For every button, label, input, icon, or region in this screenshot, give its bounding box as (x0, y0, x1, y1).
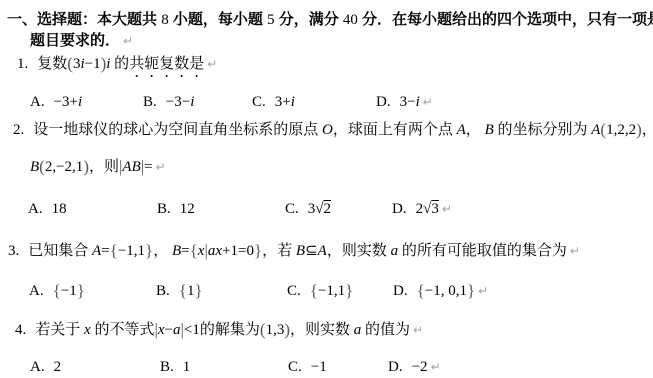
text-segment: A (92, 243, 101, 259)
text-segment: AB (122, 159, 140, 175)
question-4-number: 4. (15, 320, 26, 340)
sqrt-radicand: 2 (324, 201, 332, 217)
text-segment: −1 (311, 359, 327, 375)
text-segment: { (417, 281, 425, 300)
text-segment: { (190, 241, 198, 260)
text-segment: x (84, 322, 91, 338)
text-segment: 的 (110, 56, 129, 72)
text-segment: ，则实数 (290, 322, 354, 338)
text-segment: ，球面上有两个点 (333, 122, 457, 138)
text-segment: A (457, 122, 466, 138)
option-label: D. (376, 94, 391, 110)
question-3-option-c: C.{−1,1} (287, 281, 353, 301)
question-2-option-b: B.12 (157, 199, 195, 219)
text-segment: 1 (183, 359, 191, 375)
text-segment: B (30, 159, 39, 175)
text-segment: 若关于 (35, 322, 84, 338)
text-segment: 的值为 (361, 322, 410, 338)
text-segment: i (190, 94, 194, 110)
text-segment: } (77, 281, 85, 300)
question-2-options: A.18 B.12 C.3√2 D.2√3↵ (0, 199, 653, 223)
text-segment: a (173, 322, 181, 338)
option-label: C. (287, 283, 301, 299)
text-segment: 的所有可能取值的集合为 (398, 243, 567, 259)
text-segment: +1=0 (222, 243, 254, 259)
text-segment: −3− (166, 94, 190, 110)
question-1-option-c: C.3+i (252, 92, 295, 112)
text-segment: x (158, 322, 165, 338)
question-1-option-b: B.−3−i (143, 92, 194, 112)
text-segment: 题目要求的． (30, 32, 120, 49)
text-segment: 2 (416, 201, 424, 217)
paragraph-mark-icon: ↵ (207, 57, 217, 71)
text-segment: 1,3 (266, 322, 285, 338)
emphasized-text: 共轭复数是 (129, 56, 204, 72)
text-segment: O (322, 122, 333, 138)
text-segment: { (310, 281, 318, 300)
text-segment: 一、 (7, 11, 37, 28)
text-segment: A (318, 243, 327, 259)
text-segment: = (101, 243, 109, 259)
text-segment: −1,1 (318, 283, 345, 299)
text-segment: 已知集合 (28, 243, 92, 259)
option-label: C. (252, 94, 266, 110)
text-segment: 1,2,2 (606, 122, 636, 138)
text-segment: ，则 (89, 159, 119, 175)
question-3-options: A.{−1} B.{1} C.{−1,1} D.{−1, 0,1}↵ (0, 281, 653, 305)
question-4-option-a: A.2 (30, 357, 61, 377)
sqrt-expression: √3 (423, 201, 439, 217)
text-segment: { (110, 241, 118, 260)
option-label: A. (28, 201, 43, 217)
text-segment: 分，满分 (275, 11, 343, 28)
question-2-option-d: D.2√3↵ (392, 199, 452, 219)
text-segment: 复数 (37, 56, 67, 72)
text-segment: 的坐标分别为 (494, 122, 592, 138)
paragraph-mark-icon: ↵ (478, 284, 488, 298)
paragraph-mark-icon: ↵ (156, 160, 166, 174)
text-segment: 小题，每小题 (169, 11, 267, 28)
text-segment: i (416, 94, 420, 110)
sqrt-radicand: 3 (431, 201, 439, 217)
question-3-number: 3. (8, 241, 19, 261)
question-4-stem: 4.若关于 x 的不等式|x−a|<1的解集为(1,3)，则实数 a 的值为↵ (15, 320, 423, 340)
text-segment: B (172, 243, 181, 259)
text-segment: 18 (52, 201, 67, 217)
text-segment: ， (153, 243, 172, 259)
text-segment: −1, 0,1 (425, 283, 467, 299)
text-segment: a (391, 243, 399, 259)
option-label: A. (30, 359, 45, 375)
question-3-text: 已知集合 A={−1,1}， B={x|ax+1=0}，若 B⊆A，则实数 a … (28, 243, 580, 259)
text-segment: = (181, 243, 189, 259)
text-segment: } (254, 241, 262, 260)
text-segment: 12 (180, 201, 195, 217)
option-label: B. (156, 283, 170, 299)
text-segment: ⊆ (305, 243, 318, 259)
question-2-stem-line-1: 2.设一地球仪的球心为空间直角坐标系的原点 O，球面上有两个点 A， B 的坐标… (13, 120, 653, 140)
option-label: D. (393, 283, 408, 299)
text-segment: i (291, 94, 295, 110)
paragraph-mark-icon: ↵ (570, 244, 580, 258)
text-segment: ax (208, 243, 222, 259)
question-1-options: A.−3+i B.−3−i C.3+i D.3−i↵ (0, 92, 653, 116)
text-segment: <1 (184, 322, 200, 338)
text-segment: 的解集为 (200, 322, 260, 338)
text-segment: 2 (54, 359, 62, 375)
text-segment: −3+ (54, 94, 78, 110)
text-segment: − (165, 322, 173, 338)
question-4-option-c: C.−1 (288, 357, 327, 377)
text-segment: 8 (161, 12, 169, 28)
text-segment: 分．在每小题给出的四个选项中，只有一项是符合 (358, 11, 653, 28)
text-segment: = (144, 159, 152, 175)
question-3-option-a: A.{−1} (29, 281, 85, 301)
text-segment: } (194, 281, 202, 300)
question-2-text-line-1: 设一地球仪的球心为空间直角坐标系的原点 O，球面上有两个点 A， B 的坐标分别… (33, 122, 653, 138)
question-1-number: 1. (17, 54, 28, 74)
text-segment: −2 (412, 359, 428, 375)
text-segment: 40 (343, 12, 358, 28)
text-segment: 2,−2,1 (45, 159, 83, 175)
text-segment: 的不等式 (91, 322, 155, 338)
option-label: C. (288, 359, 302, 375)
question-1-text: 复数(3i−1)i 的共轭复数是↵ (37, 56, 217, 72)
paragraph-mark-icon: ↵ (123, 34, 133, 48)
text-segment: { (53, 281, 61, 300)
option-label: D. (388, 359, 403, 375)
text-segment: −1 (85, 56, 101, 72)
question-1-stem: 1.复数(3i−1)i 的共轭复数是↵ (17, 54, 217, 81)
paragraph-mark-icon: ↵ (442, 202, 452, 216)
question-2-option-a: A.18 (28, 199, 67, 219)
paragraph-mark-icon: ↵ (431, 360, 441, 374)
question-3-option-d: D.{−1, 0,1}↵ (393, 281, 488, 301)
question-2-stem-line-2: B(2,−2,1)，则|AB|=↵ (30, 157, 166, 177)
option-label: C. (285, 201, 299, 217)
question-4-option-b: B.1 (160, 357, 190, 377)
section-header-line-2: 题目要求的．↵ (30, 31, 133, 51)
option-label: B. (143, 94, 157, 110)
section-header-line-1: 一、选择题：本大题共 8 小题，每小题 5 分，满分 40 分．在每小题给出的四… (7, 10, 653, 30)
question-4-options: A.2 B.1 C.−1 D.−2↵ (0, 357, 653, 378)
text-segment: 5 (267, 12, 275, 28)
text-segment: ， (466, 122, 485, 138)
option-label: B. (160, 359, 174, 375)
text-segment: i (78, 94, 82, 110)
text-segment: { (179, 281, 187, 300)
question-3-stem: 3.已知集合 A={−1,1}， B={x|ax+1=0}，若 B⊆A，则实数 … (8, 241, 580, 261)
text-segment: 3+ (275, 94, 291, 110)
paragraph-mark-icon: ↵ (423, 95, 433, 109)
option-label: A. (29, 283, 44, 299)
text-segment: −1 (61, 283, 77, 299)
text-segment: } (345, 281, 353, 300)
question-2-number: 2. (13, 120, 24, 140)
text-segment: −1,1 (118, 243, 145, 259)
text-segment: } (145, 241, 153, 260)
question-4-text: 若关于 x 的不等式|x−a|<1的解集为(1,3)，则实数 a 的值为↵ (35, 322, 423, 338)
question-1-option-d: D.3−i↵ (376, 92, 433, 112)
option-label: B. (157, 201, 171, 217)
text-segment: 设一地球仪的球心为空间直角坐标系的原点 (33, 122, 322, 138)
question-3-option-b: B.{1} (156, 281, 203, 301)
text-segment: ，则实数 (327, 243, 391, 259)
text-segment: 3− (400, 94, 416, 110)
text-segment: B (296, 243, 305, 259)
exam-document: 一、选择题：本大题共 8 小题，每小题 5 分，满分 40 分．在每小题给出的四… (0, 0, 653, 378)
question-4-option-d: D.−2↵ (388, 357, 441, 377)
question-1-option-a: A.−3+i (30, 92, 82, 112)
question-2-option-c: C.3√2 (285, 199, 331, 219)
text-segment: B (485, 122, 494, 138)
option-label: D. (392, 201, 407, 217)
text-segment: } (467, 281, 475, 300)
option-label: A. (30, 94, 45, 110)
text-segment: 选择题：本大题共 (37, 11, 161, 28)
text-segment: ，若 (262, 243, 296, 259)
sqrt-expression: √2 (315, 201, 331, 217)
text-segment: ， (642, 122, 653, 138)
paragraph-mark-icon: ↵ (413, 323, 423, 337)
